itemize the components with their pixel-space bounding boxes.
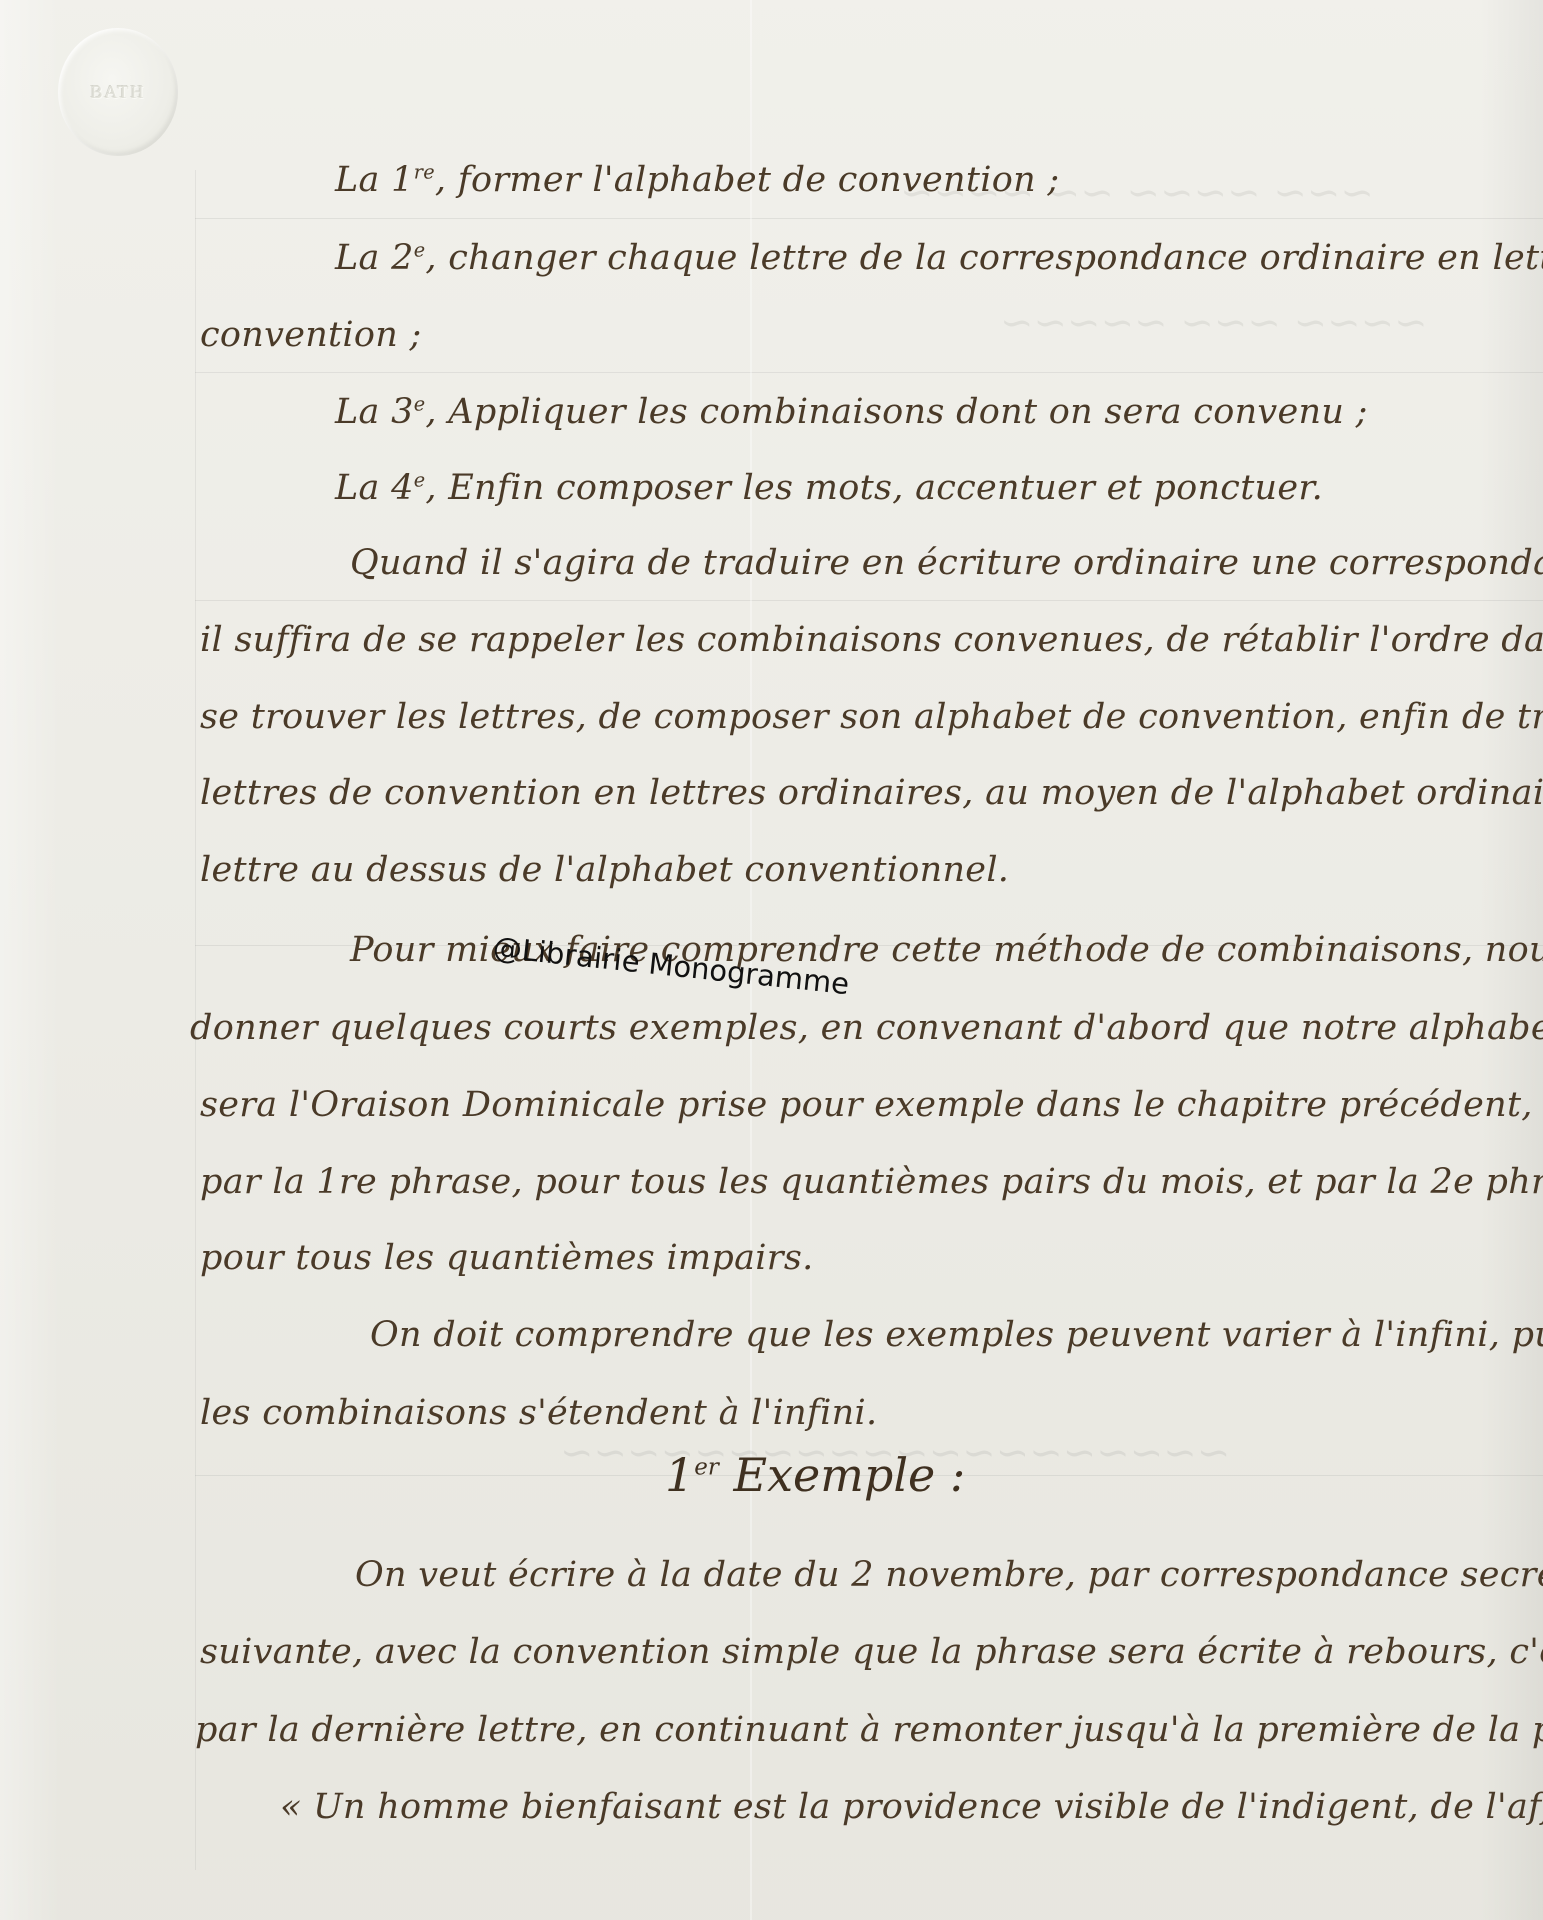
paragraph-1-line: il suffira de se rappeler les combinaiso… xyxy=(200,620,1543,660)
paragraph-2-line: pour tous les quantièmes impairs. xyxy=(200,1238,814,1278)
example-line: par la dernière lettre, en continuant à … xyxy=(195,1710,1543,1750)
paragraph-3-line: les combinaisons s'étendent à l'infini. xyxy=(200,1393,877,1433)
ruled-line xyxy=(195,600,1543,601)
paragraph-1-line: lettres de convention en lettres ordinai… xyxy=(200,773,1543,813)
step-1: La 1re, former l'alphabet de convention … xyxy=(335,160,1059,200)
paragraph-3-line: On doit comprendre que les exemples peuv… xyxy=(370,1315,1543,1355)
step-3: La 3e, Appliquer les combinaisons dont o… xyxy=(335,392,1368,432)
bleed-through-text: ~~~~ ~~~ ~~~~~ xyxy=(1000,300,1428,346)
step-2: La 2e, changer chaque lettre de la corre… xyxy=(335,238,1543,278)
paragraph-1-line: se trouver les lettres, de composer son … xyxy=(200,697,1543,737)
bath-emboss-stamp: BATH xyxy=(58,28,178,156)
example-quote-line: « Un homme bienfaisant est la providence… xyxy=(280,1787,1543,1827)
example-line: On veut écrire à la date du 2 novembre, … xyxy=(355,1555,1543,1595)
paragraph-1-line: Quand il s'agira de traduire en écriture… xyxy=(350,543,1543,583)
paragraph-2-line: donner quelques courts exemples, en conv… xyxy=(190,1008,1543,1048)
ruled-line xyxy=(195,218,1543,219)
step-4: La 4e, Enfin composer les mots, accentue… xyxy=(335,468,1323,508)
paragraph-2-line: par la 1re phrase, pour tous les quantiè… xyxy=(200,1162,1543,1202)
example-heading: 1er Exemple : xyxy=(665,1448,965,1502)
step-2-continued: convention ; xyxy=(200,315,422,355)
paragraph-1-line: lettre au dessus de l'alphabet conventio… xyxy=(200,850,1009,890)
ruled-line xyxy=(195,372,1543,373)
example-line: suivante, avec la convention simple que … xyxy=(200,1632,1543,1672)
paragraph-2-line: sera l'Oraison Dominicale prise pour exe… xyxy=(200,1085,1543,1125)
